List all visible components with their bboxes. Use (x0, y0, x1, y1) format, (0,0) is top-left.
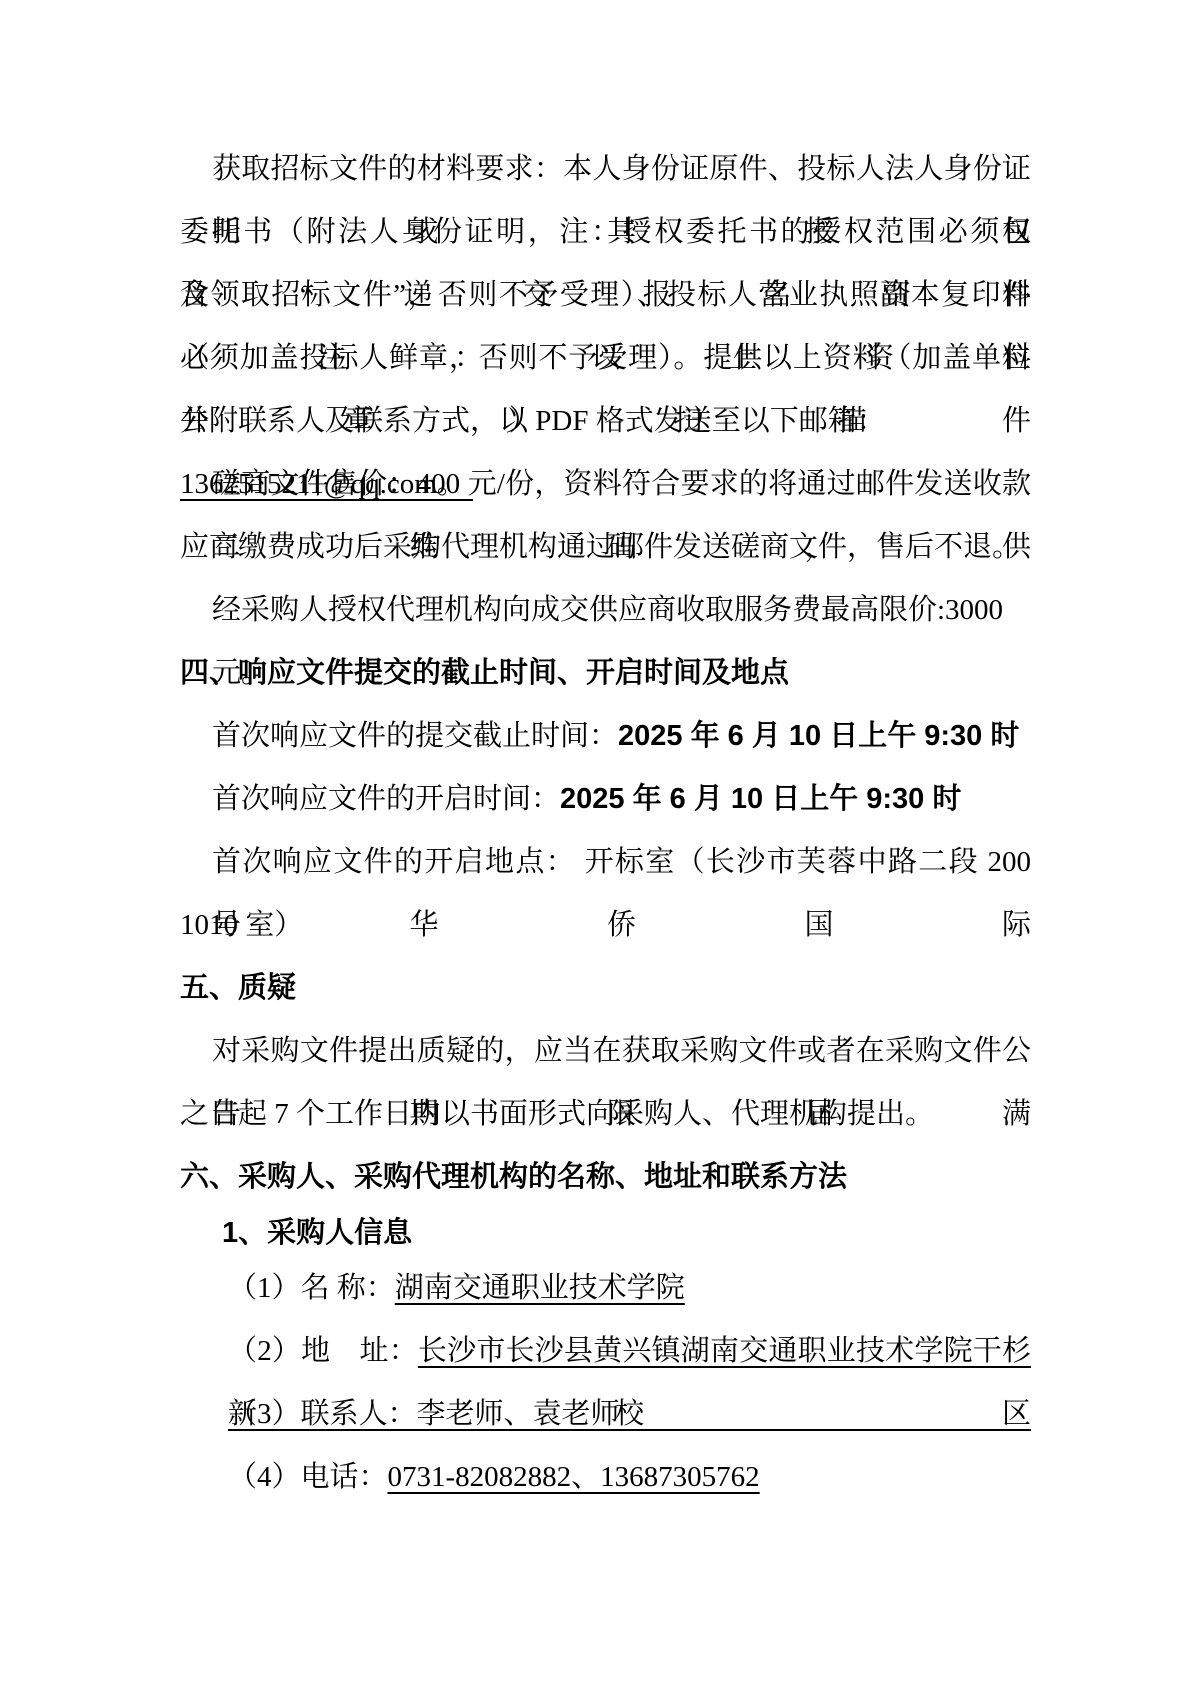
open-time-label: 首次响应文件的开启时间： (212, 783, 560, 815)
deadline-value: 2025 年 6 月 10 日上午 9:30 时 (618, 720, 1019, 752)
open-place-line-1: 首次响应文件的开启地点： 开标室（长沙市芙蓉中路二段 200 号华侨国际 (180, 831, 1031, 894)
section-6-heading: 六、采购人、采购代理机构的名称、地址和联系方法 (180, 1146, 1031, 1209)
purchaser-name-line: （1）名 称：湖南交通职业技术学院 (180, 1257, 1031, 1320)
materials-para-line-4: 必须加盖投标人鲜章，否则不予受理）。提供以上资料（加盖单位公章）扫描件 (180, 327, 1031, 390)
purchaser-name-value: 湖南交通职业技术学院 (395, 1272, 685, 1304)
purchaser-contact-value: 李老师、袁老师 (417, 1398, 627, 1430)
materials-para-line-1: 获取招标文件的材料要求：本人身份证原件、投标人法人身份证明或其授权 (180, 138, 1031, 201)
purchaser-name-label: （1）名 称： (228, 1272, 395, 1304)
purchaser-phone-value: 0731-82082882、13687305762 (388, 1461, 760, 1493)
section-4-heading: 四、响应文件提交的截止时间、开启时间及地点 (180, 642, 1031, 705)
materials-para-line-2: 委托书（附法人身份证明，注：授权委托书的授权范围必须包含“递交报名资料 (180, 201, 1031, 264)
purchaser-info-subheading: 1、采购人信息 (180, 1209, 1031, 1257)
document-content: 获取招标文件的材料要求：本人身份证原件、投标人法人身份证明或其授权 委托书（附法… (180, 138, 1031, 1509)
price-para-line-1: 磋商文件售价：400 元/份，资料符合要求的将通过邮件发送收款二维码，供 (180, 453, 1031, 516)
query-para-line-2: 之日起 7 个工作日内以书面形式向采购人、代理机构提出。 (180, 1083, 1031, 1146)
deadline-label: 首次响应文件的提交截止时间： (212, 720, 618, 752)
price-para-line-2: 应商缴费成功后采购代理机构通过邮件发送磋商文件，售后不退。 (180, 516, 1031, 579)
email-line-prefix: 并附联系人及联系方式，以 PDF 格式发送至以下邮箱： (180, 405, 886, 437)
first-response-deadline-line: 首次响应文件的提交截止时间：2025 年 6 月 10 日上午 9:30 时 (180, 705, 1031, 768)
purchaser-address-label: （2）地 址： (228, 1335, 418, 1367)
first-response-open-time-line: 首次响应文件的开启时间：2025 年 6 月 10 日上午 9:30 时 (180, 768, 1031, 831)
query-para-line-1: 对采购文件提出质疑的，应当在获取采购文件或者在采购文件公告期限届满 (180, 1020, 1031, 1083)
purchaser-phone-line: （4）电话：0731-82082882、13687305762 (180, 1446, 1031, 1509)
section-5-heading: 五、质疑 (180, 957, 1031, 1020)
purchaser-contact-label: （3）联系人： (228, 1398, 417, 1430)
materials-para-line-3: 及领取招标文件”，否则不予受理）、投标人营业执照副本复印件（注：以上资料 (180, 264, 1031, 327)
service-fee-line: 经采购人授权代理机构向成交供应商收取服务费最高限价:3000 元。 (180, 579, 1031, 642)
purchaser-phone-label: （4）电话： (228, 1461, 388, 1493)
document-page: 获取招标文件的材料要求：本人身份证原件、投标人法人身份证明或其授权 委托书（附法… (0, 0, 1191, 1684)
purchaser-address-line: （2）地 址：长沙市长沙县黄兴镇湖南交通职业技术学院干杉新校区 (180, 1320, 1031, 1383)
open-time-value: 2025 年 6 月 10 日上午 9:30 时 (560, 783, 961, 815)
